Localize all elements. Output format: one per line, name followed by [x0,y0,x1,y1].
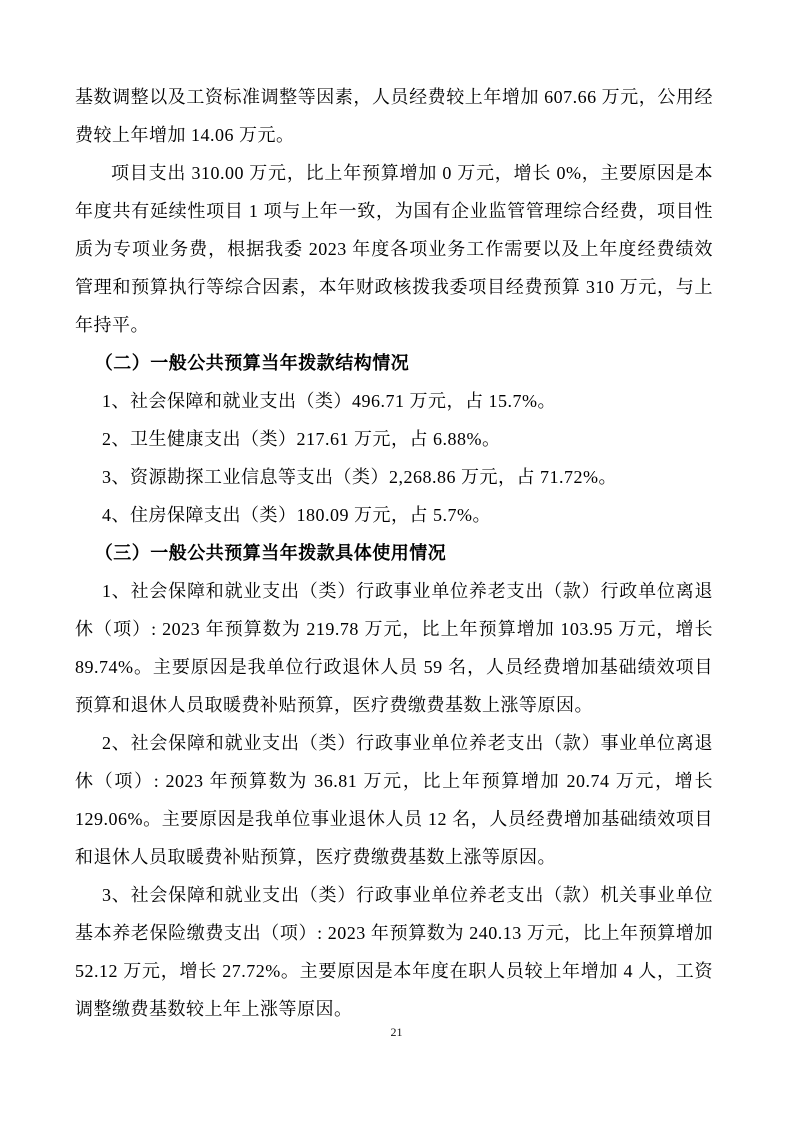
paragraph-detail-admin-retirement: 1、社会保障和就业支出（类）行政事业单位养老支出（款）行政单位离退休（项）: 2… [75,572,713,724]
list-item-housing-security: 4、住房保障支出（类）180.09 万元，占 5.7%。 [75,496,713,534]
heading-section-3-allocation-usage: （三）一般公共预算当年拨款具体使用情况 [75,534,713,572]
list-item-resource-exploration-industry-info: 3、资源勘探工业信息等支出（类）2,268.86 万元，占 71.72%。 [75,458,713,496]
paragraph-personnel-funds-continuation: 基数调整以及工资标准调整等因素，人员经费较上年增加 607.66 万元，公用经费… [75,78,713,154]
paragraph-detail-pension-insurance-contribution: 3、社会保障和就业支出（类）行政事业单位养老支出（款）机关事业单位基本养老保险缴… [75,876,713,1028]
heading-section-2-allocation-structure: （二）一般公共预算当年拨款结构情况 [75,344,713,382]
list-item-health: 2、卫生健康支出（类）217.61 万元，占 6.88%。 [75,420,713,458]
paragraph-project-expenditure: 项目支出 310.00 万元，比上年预算增加 0 万元，增长 0%，主要原因是本… [75,154,713,344]
document-content: 基数调整以及工资标准调整等因素，人员经费较上年增加 607.66 万元，公用经费… [75,78,713,1028]
page-number: 21 [0,1024,793,1040]
document-page: 基数调整以及工资标准调整等因素，人员经费较上年增加 607.66 万元，公用经费… [0,0,793,1122]
list-item-social-security-employment: 1、社会保障和就业支出（类）496.71 万元，占 15.7%。 [75,382,713,420]
paragraph-detail-institution-retirement: 2、社会保障和就业支出（类）行政事业单位养老支出（款）事业单位离退休（项）: 2… [75,724,713,876]
